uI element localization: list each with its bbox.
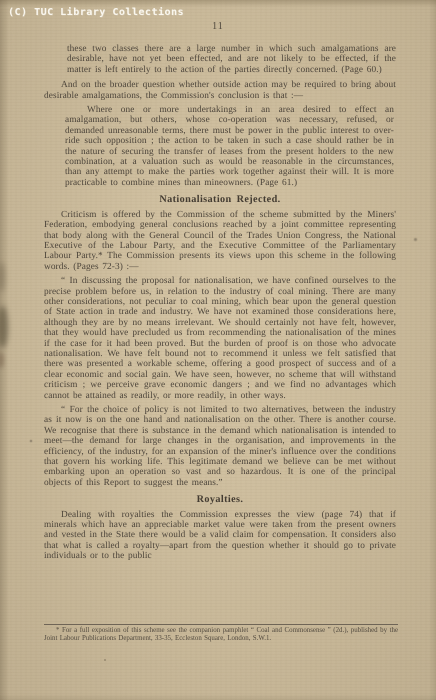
scan-speck [30,440,32,442]
tuc-library-watermark: (C) TUC Library Collections [8,7,184,18]
heading-royalties: Royalties. [44,495,396,505]
scan-smudge [0,352,4,368]
quote-choice-of-policy: “ For the choice of policy is not limite… [44,405,396,488]
scan-speck [414,238,417,241]
heading-nationalisation-rejected: Nationalisation Rejected. [44,195,396,205]
quote-undertakings: Where one or more undertakings in an are… [65,105,394,188]
scan-smudge [0,306,8,348]
page-body-text: these two classes there are a large numb… [44,44,396,562]
paragraph-royalties: Dealing with royalties the Commission ex… [44,510,396,562]
quote-in-discussing: “ In discussing the proposal for nationa… [44,276,396,401]
scanned-document-page: (C) TUC Library Collections 11 these two… [0,0,436,700]
paragraph-broader-question: And on the broader question whether outs… [44,80,396,101]
paragraph-criticism: Criticism is offered by the Commission o… [44,210,396,272]
paragraph-amalgamations-continuation: these two classes there are a large numb… [67,44,396,75]
scan-speck [104,659,106,661]
footnote-coal-and-commonsense: * For a full exposition of this scheme s… [44,624,398,644]
scan-smudge [0,262,5,292]
